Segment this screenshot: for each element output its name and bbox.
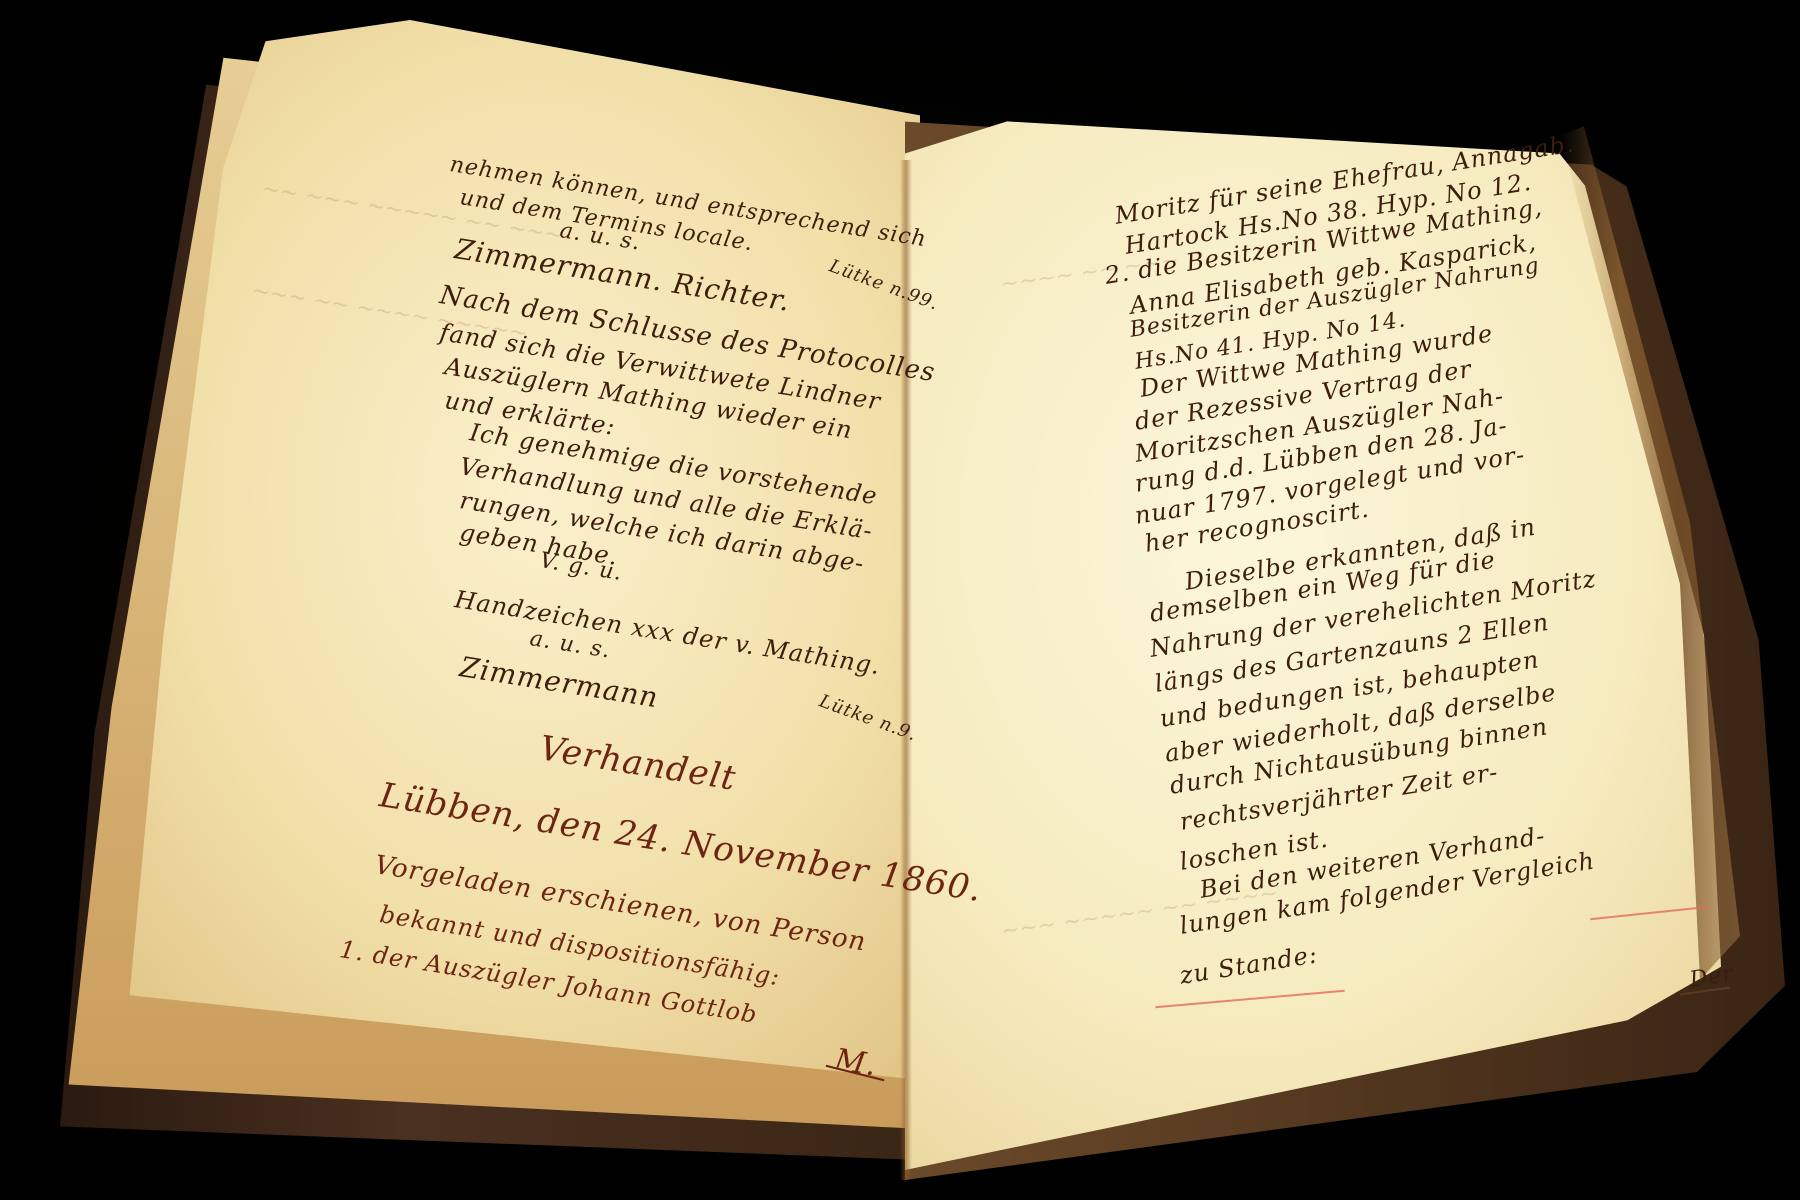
book-gutter: [900, 160, 912, 1180]
